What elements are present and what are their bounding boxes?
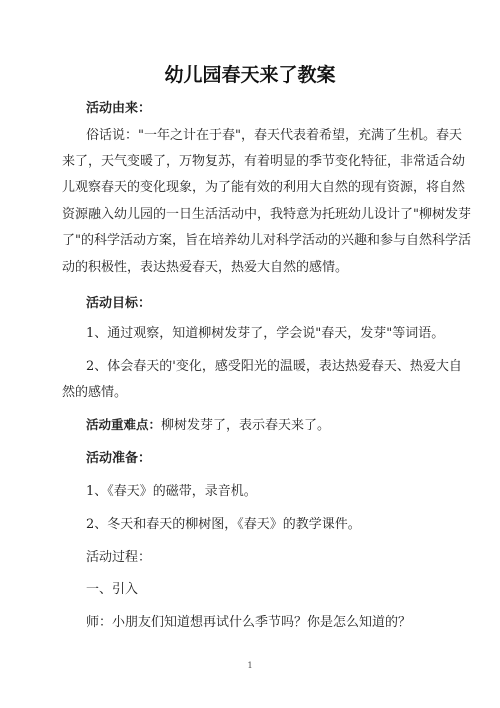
key-points-text: 柳树发芽了，表示春天来了。 bbox=[161, 418, 330, 433]
paragraph-line: 动的积极性，表达热爱春天，热爱大自然的感情。 bbox=[62, 256, 348, 275]
goal-item-1: 1、通过观察，知道柳树发芽了，学会说"春天，发芽"等词语。 bbox=[86, 322, 444, 341]
prep-item-2: 2、冬天和春天的柳树图，《春天》的教学课件。 bbox=[86, 513, 361, 532]
paragraph-line: 儿观察春天的变化现象，为了能有效的利用大自然的现有资源，将自然 bbox=[62, 176, 465, 195]
section-heading-origin: 活动由来： bbox=[86, 97, 151, 116]
page-number: 1 bbox=[0, 661, 500, 670]
paragraph-line: 俗话说："一年之计在于春"，春天代表着希望，充满了生机。春天 bbox=[86, 124, 462, 143]
key-points: 活动重难点：柳树发芽了，表示春天来了。 bbox=[86, 414, 330, 433]
prep-item-1: 1、《春天》的磁带，录音机。 bbox=[86, 480, 257, 499]
paragraph-line: 资源融入幼儿园的一日生活活动中，我特意为托班幼儿设计了"柳树发芽 bbox=[62, 203, 471, 222]
section-heading-process: 活动过程： bbox=[86, 546, 151, 565]
document-title: 幼儿园春天来了教案 bbox=[0, 60, 500, 87]
paragraph-line: 了"的科学活动方案，旨在培养幼儿对科学活动的兴趣和参与自然科学活 bbox=[62, 229, 471, 248]
paragraph-line: 来了，天气变暖了，万物复苏，有着明显的季节变化特征，非常适合幼 bbox=[62, 150, 465, 169]
goal-item-2-cont: 然的感情。 bbox=[62, 381, 127, 400]
process-step-1: 一、引入 bbox=[86, 578, 138, 597]
goal-item-2: 2、体会春天的'变化，感受阳光的温暖，表达热爱春天、热爱大自 bbox=[86, 355, 462, 374]
section-heading-prep: 活动准备： bbox=[86, 447, 151, 466]
key-points-label: 活动重难点： bbox=[86, 417, 161, 432]
section-heading-goals: 活动目标： bbox=[86, 292, 151, 311]
teacher-line: 师：小朋友们知道想再试什么季节吗？你是怎么知道的？ bbox=[86, 611, 411, 630]
